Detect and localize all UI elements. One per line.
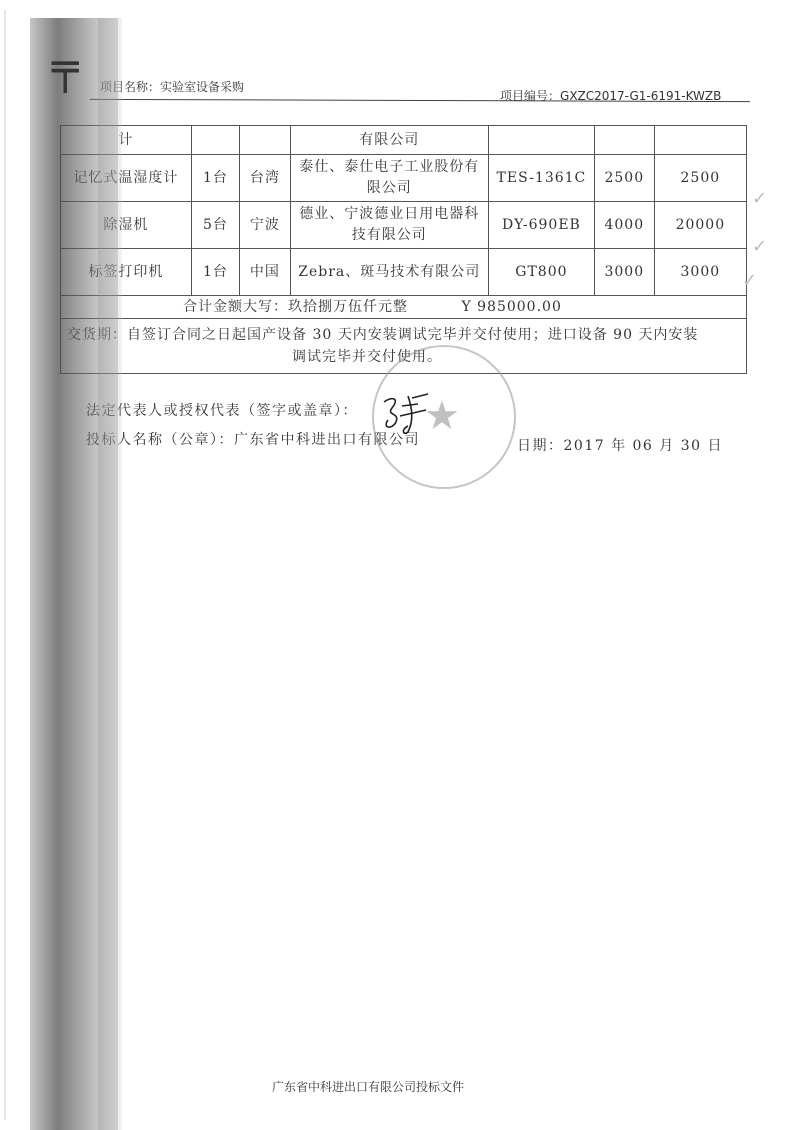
table-row-delivery: 交货期：自签订合同之日起国产设备 30 天内安装调试完毕并交付使用；进口设备 9… [61, 319, 747, 374]
table-row: 除湿机 5台 宁波 德业、宁波德业日用电器科技有限公司 DY-690EB 400… [61, 202, 747, 249]
cell-brand-maker: 有限公司 [290, 126, 488, 155]
cell-unit-price: 4000 [594, 202, 654, 249]
table-row-total: 合计金额大写：玖拾捌万伍仟元整 Y 985000.00 [61, 296, 747, 319]
total-in-words-value: 玖拾捌万伍仟元整 [288, 299, 408, 315]
cell-brand-maker: 德业、宁波德业日用电器科技有限公司 [290, 202, 488, 249]
cell-qty [191, 126, 239, 155]
table-row-continued: 计 有限公司 [61, 126, 747, 155]
representative-signature-label: 法定代表人或授权代表（签字或盖章）： [86, 400, 358, 420]
page-footer: 广东省中科进出口有限公司投标文件 [272, 1078, 464, 1095]
date-label: 日期： [517, 438, 564, 454]
check-mark-icon: ✓ [742, 270, 757, 291]
table-row: 标签打印机 1台 中国 Zebra、斑马技术有限公司 GT800 3000 30… [61, 249, 747, 296]
cell-origin: 台湾 [240, 155, 290, 202]
total-amount: Y 985000.00 [461, 297, 561, 318]
cell-qty: 1台 [191, 249, 239, 296]
delivery-line-1: 自签订合同之日起国产设备 30 天内安装调试完毕并交付使用；进口设备 90 天内… [127, 327, 698, 343]
cell-model [488, 126, 594, 155]
delivery-label: 交货期： [67, 327, 127, 343]
cell-brand-maker: Zebra、斑马技术有限公司 [290, 249, 488, 296]
cell-subtotal [654, 126, 746, 155]
total-in-words-label: 合计金额大写： [183, 299, 288, 315]
cell-origin: 中国 [240, 249, 290, 296]
cell-name: 标签打印机 [61, 249, 192, 296]
check-mark-icon: ✓ [752, 188, 767, 209]
cell-unit-price: 2500 [594, 155, 654, 202]
cell-qty: 5台 [191, 202, 239, 249]
project-name: 项目名称：实验室设备采购 [100, 78, 244, 95]
check-mark-icon: ✓ [752, 236, 767, 257]
total-cell: 合计金额大写：玖拾捌万伍仟元整 Y 985000.00 [61, 296, 747, 319]
cell-name: 计 [61, 126, 192, 155]
project-name-value: 实验室设备采购 [160, 80, 244, 94]
table-row: 记忆式温湿度计 1台 台湾 泰仕、泰仕电子工业股份有限公司 TES-1361C … [61, 155, 747, 202]
delivery-line-2: 调试完毕并交付使用。 [67, 346, 742, 368]
cell-name: 除湿机 [61, 202, 192, 249]
page-corner-mark: ╤ [52, 42, 88, 94]
project-name-label: 项目名称： [100, 80, 160, 94]
price-table: 计 有限公司 记忆式温湿度计 1台 台湾 泰仕、泰仕电子工业股份有限公司 TES… [60, 125, 747, 374]
sign-date: 日期：2017 年 06 月 30 日 [517, 435, 723, 455]
delivery-terms: 交货期：自签订合同之日起国产设备 30 天内安装调试完毕并交付使用；进口设备 9… [65, 324, 742, 368]
cell-subtotal: 3000 [654, 249, 746, 296]
delivery-cell: 交货期：自签订合同之日起国产设备 30 天内安装调试完毕并交付使用；进口设备 9… [61, 319, 747, 374]
date-value: 2017 年 06 月 30 日 [564, 438, 724, 454]
seal-star-icon: ★ [424, 393, 460, 439]
cell-unit-price: 3000 [594, 249, 654, 296]
scan-edge-line [4, 10, 6, 1120]
cell-name: 记忆式温湿度计 [61, 155, 192, 202]
cell-model: TES-1361C [488, 155, 594, 202]
cell-model: GT800 [488, 249, 594, 296]
cell-unit-price [594, 126, 654, 155]
cell-subtotal: 20000 [654, 202, 746, 249]
cell-subtotal: 2500 [654, 155, 746, 202]
cell-origin [240, 126, 290, 155]
cell-brand-maker: 泰仕、泰仕电子工业股份有限公司 [290, 155, 488, 202]
cell-origin: 宁波 [240, 202, 290, 249]
cell-qty: 1台 [191, 155, 239, 202]
bidder-name: 投标人名称（公章）：广东省中科进出口有限公司 [86, 429, 420, 449]
total-in-words: 合计金额大写：玖拾捌万伍仟元整 [183, 297, 408, 318]
cell-model: DY-690EB [488, 202, 594, 249]
